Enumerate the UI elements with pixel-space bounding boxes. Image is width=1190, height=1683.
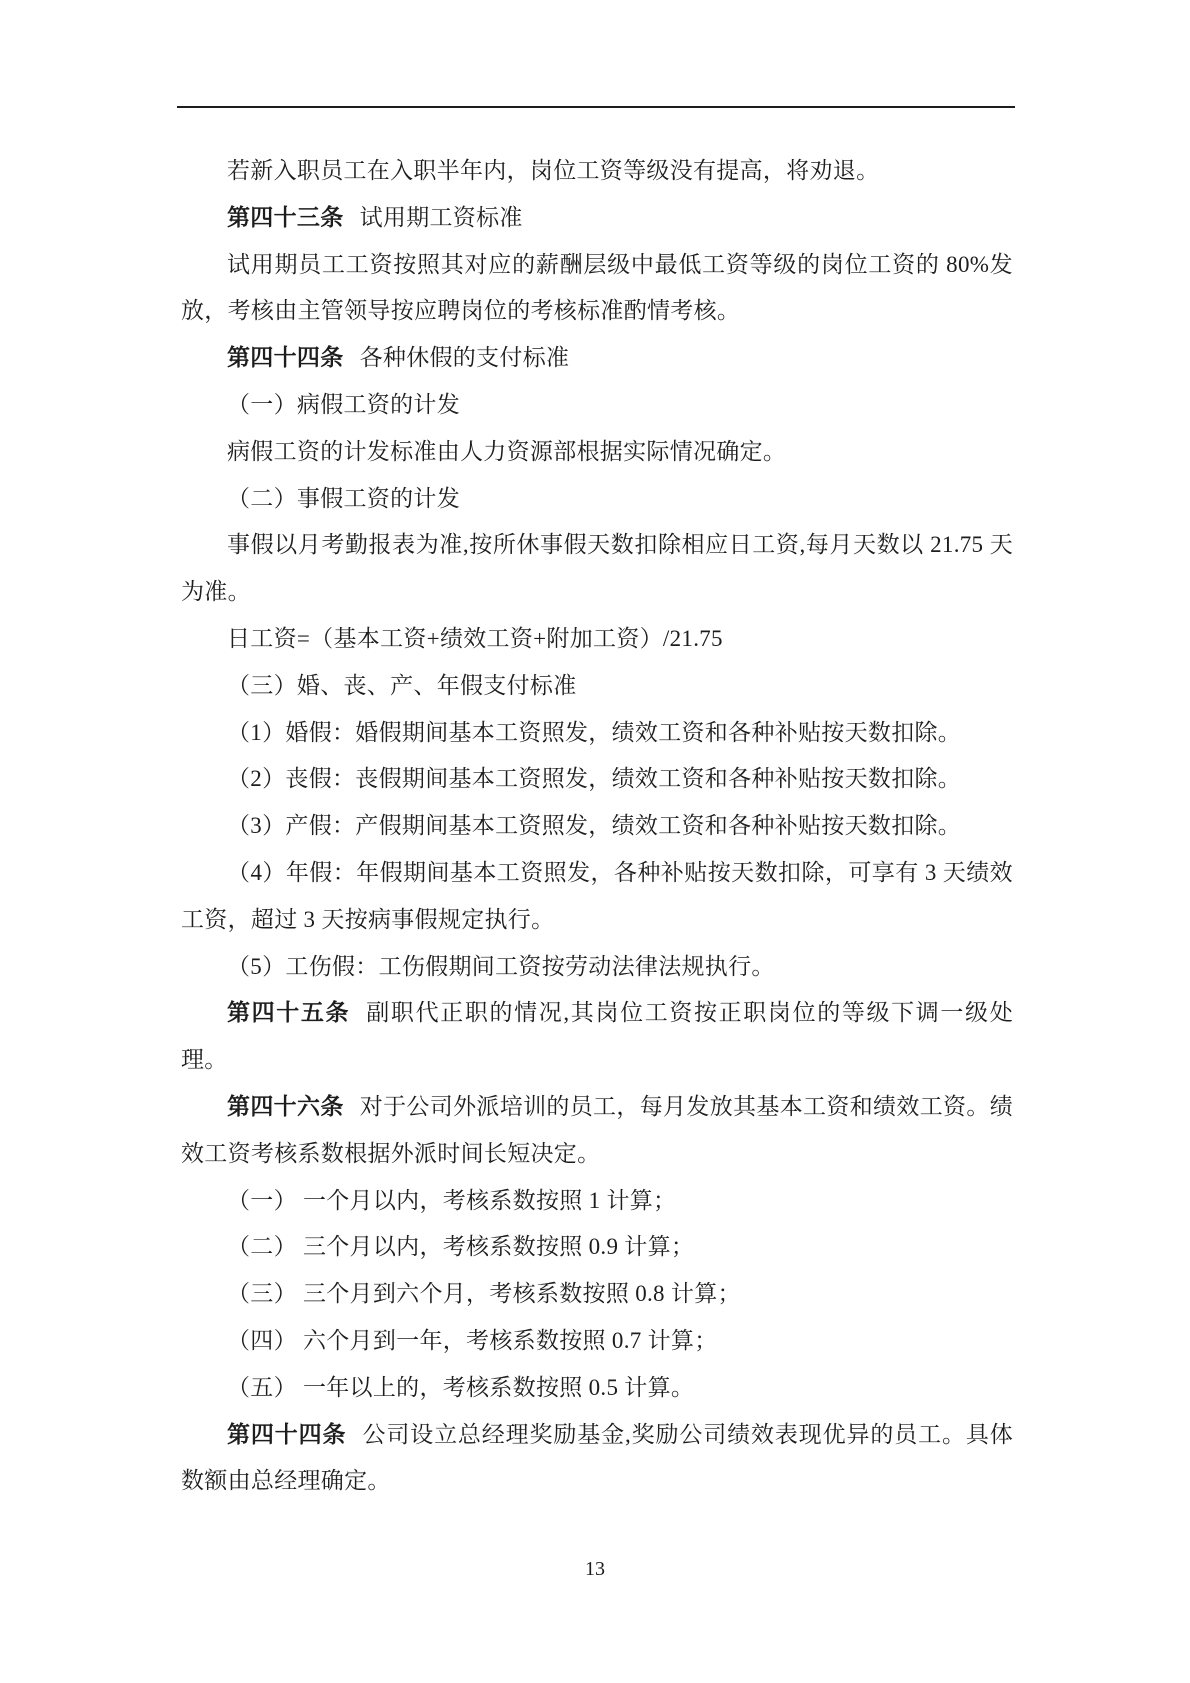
doc-paragraph: 第四十五条副职代正职的情况,其岗位工资按正职岗位的等级下调一级处理。 (181, 990, 1013, 1084)
paragraph-text: （四） 六个月到一年，考核系数按照 0.7 计算； (227, 1328, 718, 1353)
paragraph-text: 若新入职员工在入职半年内，岗位工资等级没有提高，将劝退。 (227, 158, 879, 183)
doc-paragraph: （3）产假：产假期间基本工资照发，绩效工资和各种补贴按天数扣除。 (181, 803, 1013, 850)
doc-paragraph: （5）工伤假：工伤假期间工资按劳动法律法规执行。 (181, 944, 1013, 991)
doc-paragraph: （三） 三个月到六个月，考核系数按照 0.8 计算； (181, 1271, 1013, 1318)
doc-paragraph: 病假工资的计发标准由人力资源部根据实际情况确定。 (181, 429, 1013, 476)
paragraph-text: （五） 一年以上的，考核系数按照 0.5 计算。 (227, 1375, 694, 1400)
article-number: 第四十六条 (227, 1094, 344, 1119)
doc-paragraph: （一）病假工资的计发 (181, 382, 1013, 429)
paragraph-text: （5）工伤假：工伤假期间工资按劳动法律法规执行。 (227, 954, 775, 979)
doc-paragraph: （三）婚、丧、产、年假支付标准 (181, 663, 1013, 710)
article-number: 第四十四条 (227, 345, 344, 370)
paragraph-text: （3）产假：产假期间基本工资照发，绩效工资和各种补贴按天数扣除。 (227, 813, 961, 838)
doc-paragraph: 第四十四条各种休假的支付标准 (181, 335, 1013, 382)
paragraph-text: 病假工资的计发标准由人力资源部根据实际情况确定。 (227, 439, 786, 464)
paragraph-text: （一） 一个月以内，考核系数按照 1 计算； (227, 1188, 676, 1213)
paragraph-text: （2）丧假：丧假期间基本工资照发，绩效工资和各种补贴按天数扣除。 (227, 766, 961, 791)
paragraph-text: 日工资=（基本工资+绩效工资+附加工资）/21.75 (227, 626, 723, 651)
doc-paragraph: （五） 一年以上的，考核系数按照 0.5 计算。 (181, 1365, 1013, 1412)
article-number: 第四十四条 (227, 1422, 346, 1447)
paragraph-text: （三）婚、丧、产、年假支付标准 (227, 673, 577, 698)
article-number: 第四十三条 (227, 205, 344, 230)
doc-paragraph: 事假以月考勤报表为准,按所休事假天数扣除相应日工资,每月天数以 21.75 天为… (181, 522, 1013, 616)
paragraph-text: （1）婚假：婚假期间基本工资照发，绩效工资和各种补贴按天数扣除。 (227, 720, 961, 745)
document-page: 若新入职员工在入职半年内，岗位工资等级没有提高，将劝退。 第四十三条试用期工资标… (0, 0, 1190, 1683)
paragraph-text: 事假以月考勤报表为准,按所休事假天数扣除相应日工资,每月天数以 21.75 天为… (181, 532, 1013, 604)
doc-paragraph: （一） 一个月以内，考核系数按照 1 计算； (181, 1178, 1013, 1225)
doc-paragraph: 日工资=（基本工资+绩效工资+附加工资）/21.75 (181, 616, 1013, 663)
doc-paragraph: （4）年假：年假期间基本工资照发，各种补贴按天数扣除，可享有 3 天绩效工资，超… (181, 850, 1013, 944)
doc-paragraph: 第四十六条对于公司外派培训的员工，每月发放其基本工资和绩效工资。绩效工资考核系数… (181, 1084, 1013, 1178)
article-number: 第四十五条 (227, 1000, 350, 1025)
header-divider (177, 106, 1015, 108)
paragraph-text: （一）病假工资的计发 (227, 392, 460, 417)
paragraph-text: 各种休假的支付标准 (360, 345, 570, 370)
doc-paragraph: （1）婚假：婚假期间基本工资照发，绩效工资和各种补贴按天数扣除。 (181, 710, 1013, 757)
paragraph-text: 试用期员工工资按照其对应的薪酬层级中最低工资等级的岗位工资的 80%发放，考核由… (181, 252, 1013, 324)
paragraph-text: 试用期工资标准 (360, 205, 523, 230)
doc-paragraph: 第四十四条公司设立总经理奖励基金,奖励公司绩效表现优异的员工。具体数额由总经理确… (181, 1412, 1013, 1506)
paragraph-text: （二）事假工资的计发 (227, 486, 460, 511)
doc-paragraph: （四） 六个月到一年，考核系数按照 0.7 计算； (181, 1318, 1013, 1365)
doc-paragraph: 试用期员工工资按照其对应的薪酬层级中最低工资等级的岗位工资的 80%发放，考核由… (181, 242, 1013, 336)
doc-paragraph: （二）事假工资的计发 (181, 476, 1013, 523)
page-number: 13 (0, 1556, 1190, 1582)
paragraph-text: （三） 三个月到六个月，考核系数按照 0.8 计算； (227, 1281, 741, 1306)
paragraph-text: （4）年假：年假期间基本工资照发，各种补贴按天数扣除，可享有 3 天绩效工资，超… (181, 860, 1013, 932)
doc-paragraph: （二） 三个月以内，考核系数按照 0.9 计算； (181, 1224, 1013, 1271)
document-body: 若新入职员工在入职半年内，岗位工资等级没有提高，将劝退。 第四十三条试用期工资标… (181, 148, 1013, 1505)
doc-paragraph: 若新入职员工在入职半年内，岗位工资等级没有提高，将劝退。 (181, 148, 1013, 195)
doc-paragraph: （2）丧假：丧假期间基本工资照发，绩效工资和各种补贴按天数扣除。 (181, 756, 1013, 803)
paragraph-text: （二） 三个月以内，考核系数按照 0.9 计算； (227, 1234, 694, 1259)
doc-paragraph: 第四十三条试用期工资标准 (181, 195, 1013, 242)
